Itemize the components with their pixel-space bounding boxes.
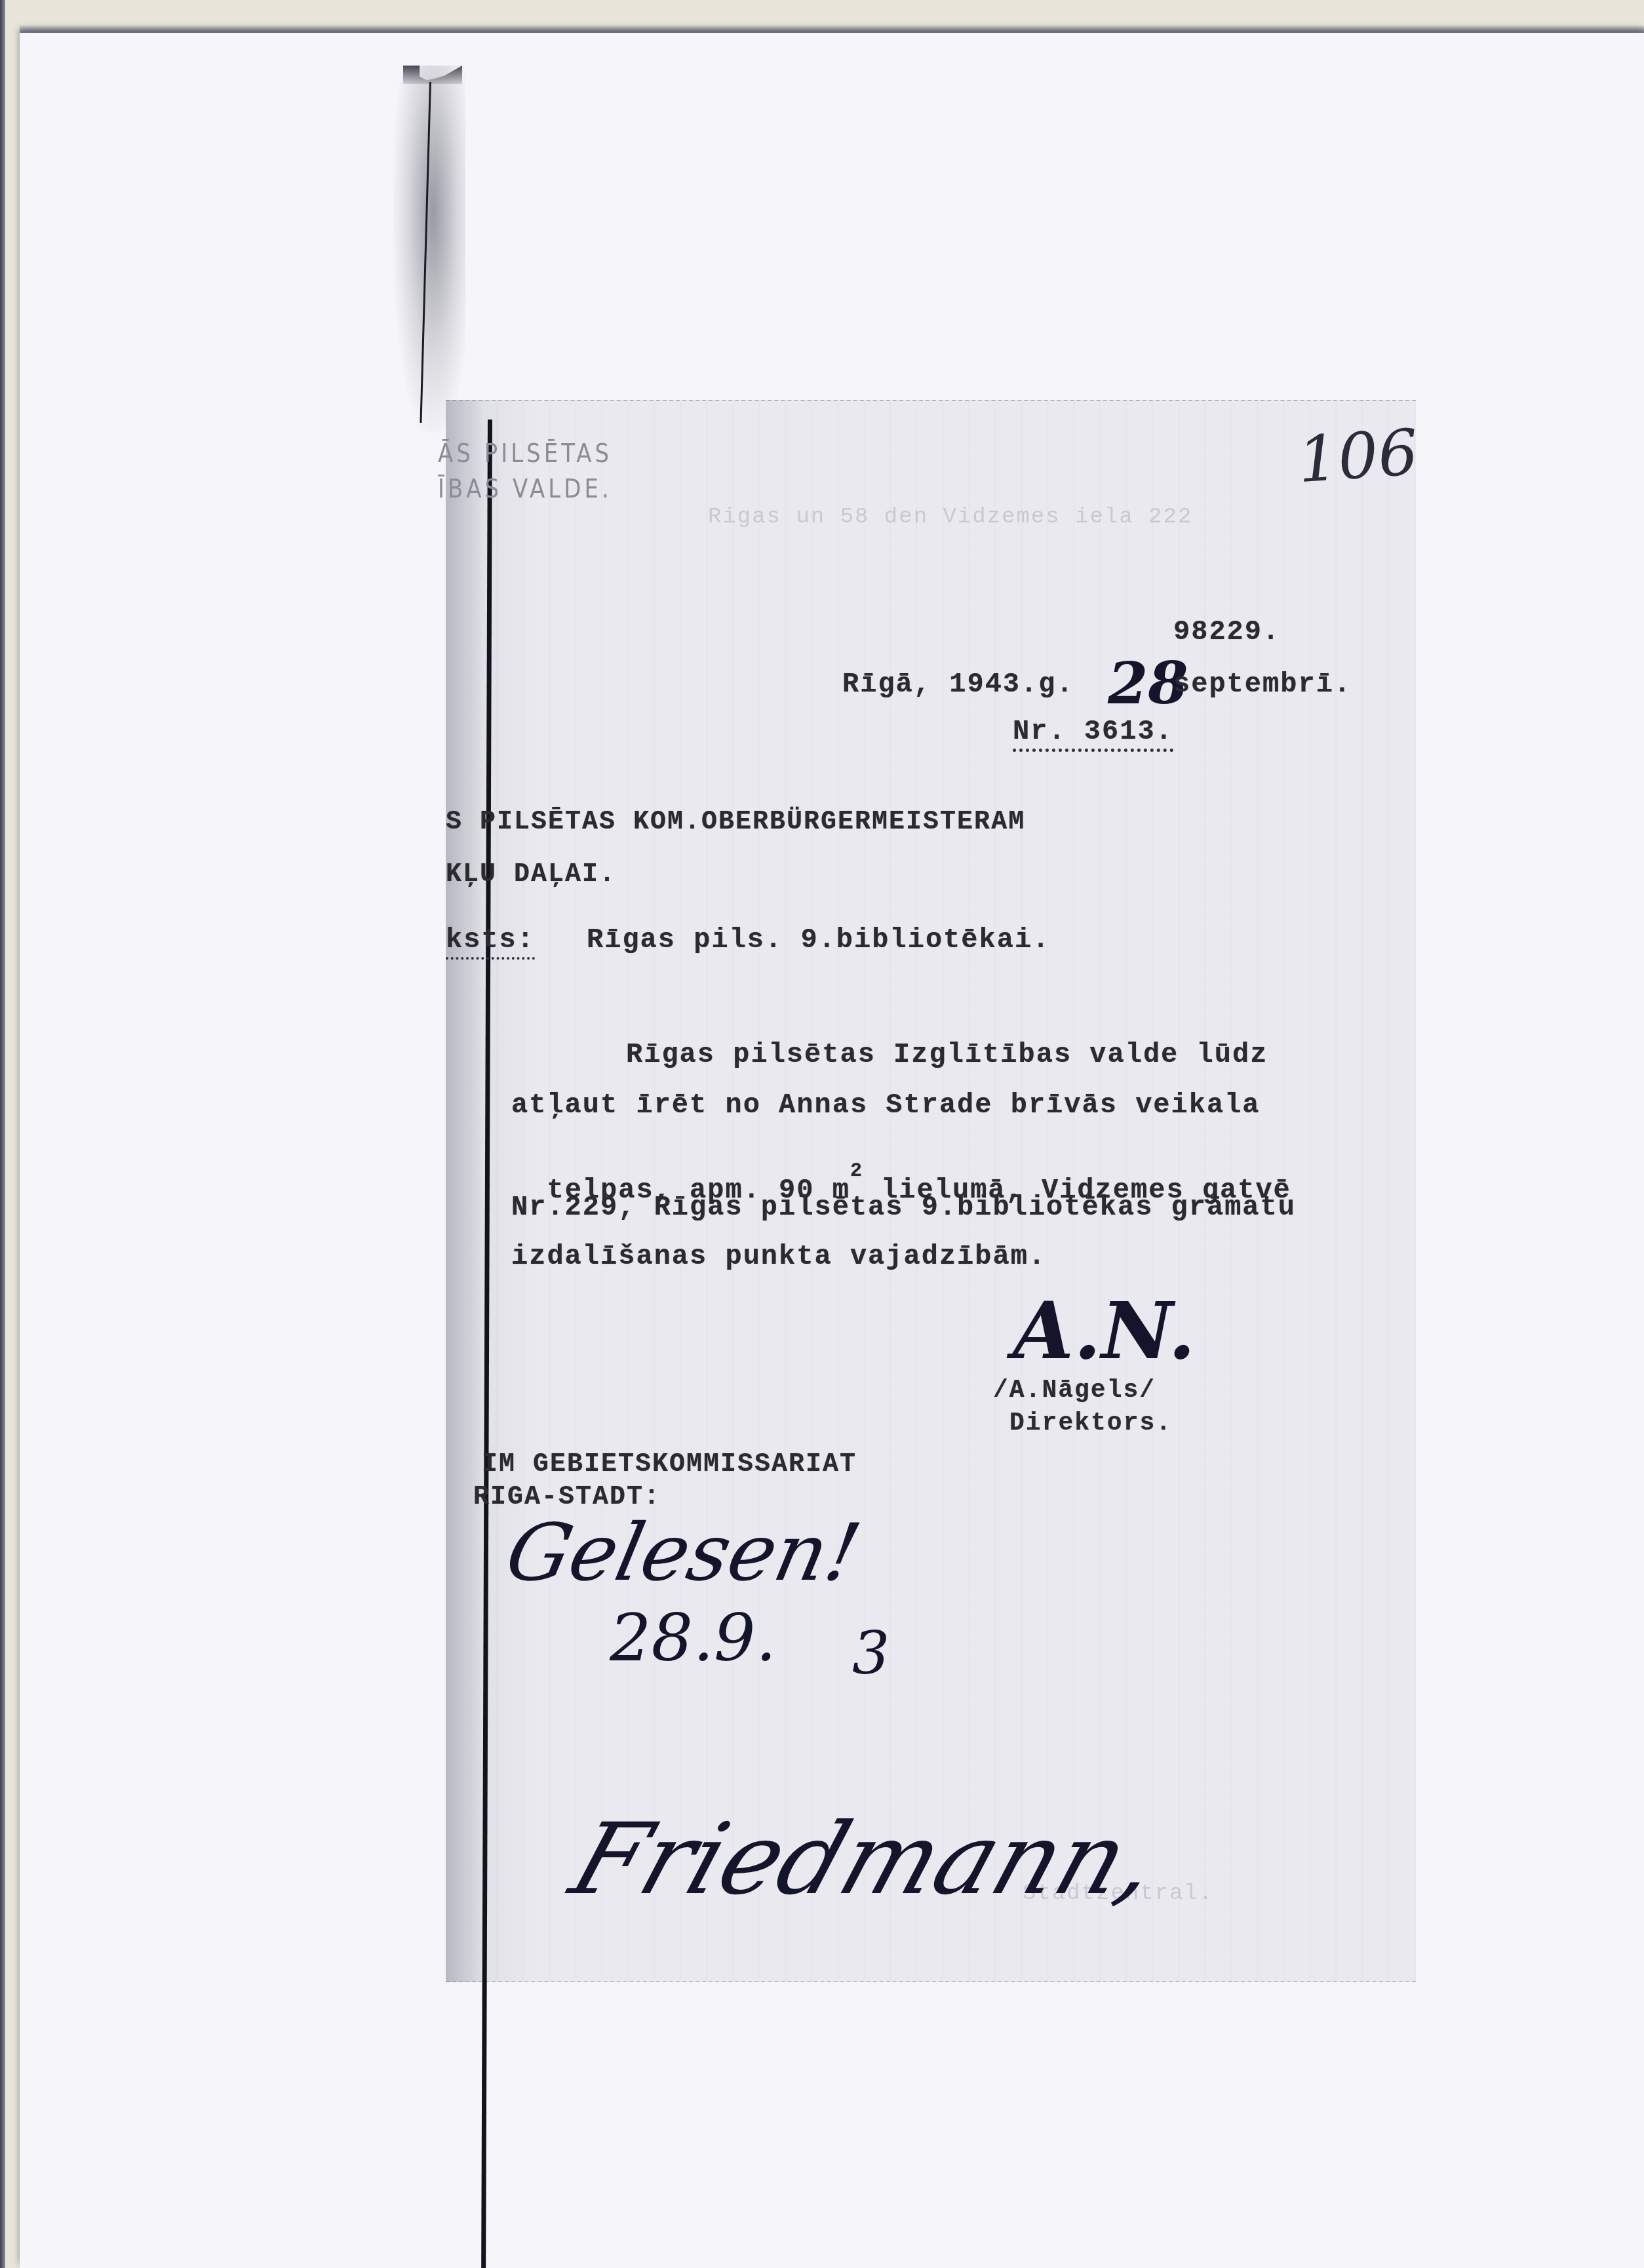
- page-number-handwritten: 106: [1295, 416, 1420, 498]
- reference-number: 98229.: [1173, 616, 1280, 648]
- addressee-line: S PILSĒTAS KOM.OBERBÜRGERMEISTERAM: [446, 808, 1025, 837]
- scanner-edge: [0, 0, 5, 2268]
- body-line: atļaut īrēt no Annas Strade brīvās veika…: [511, 1089, 1261, 1121]
- addressee-line: KĻU DAĻAI.: [446, 860, 616, 890]
- signatory-title: Direktors.: [1009, 1409, 1172, 1437]
- handwritten-date: 28.9.: [610, 1599, 776, 1676]
- body-line: Nr.229, Rīgas pilsētas 9.bibliotēkas grā…: [511, 1192, 1296, 1223]
- date-prefix: Rīgā, 1943.g.: [842, 669, 1074, 700]
- subject-label: ksts:: [446, 924, 535, 960]
- letterhead-line: ĪBAS VALDE.: [438, 474, 612, 504]
- body-line: izdalīšanas punkta vajadzībām.: [511, 1241, 1046, 1272]
- handwritten-initial: 3: [852, 1619, 890, 1688]
- document-number: Nr. 3613.: [1013, 716, 1173, 752]
- body-line: Rīgas pilsētas Izglītības valde lūdz: [626, 1039, 1268, 1070]
- bleed-through-line: Rigas un 58 den Vidzemes iela 222: [708, 505, 1192, 530]
- handwritten-gelesen: Gelesen!: [498, 1508, 868, 1599]
- subject-text: Rīgas pils. 9.bibliotēkai.: [587, 924, 1050, 956]
- letterhead-line: ĀS PILSĒTAS: [438, 439, 612, 469]
- handwritten-signature-friedmann: Friedmann,: [558, 1803, 1173, 1917]
- german-annotation-line: IM GEBIETSKOMMISSARIAT: [482, 1450, 857, 1479]
- director-initials-signature: A.N.: [1013, 1285, 1196, 1377]
- date-suffix: septembrī.: [1173, 669, 1352, 700]
- square-superscript: 2: [850, 1160, 863, 1183]
- signatory-name: /A.Nāgels/: [993, 1377, 1156, 1405]
